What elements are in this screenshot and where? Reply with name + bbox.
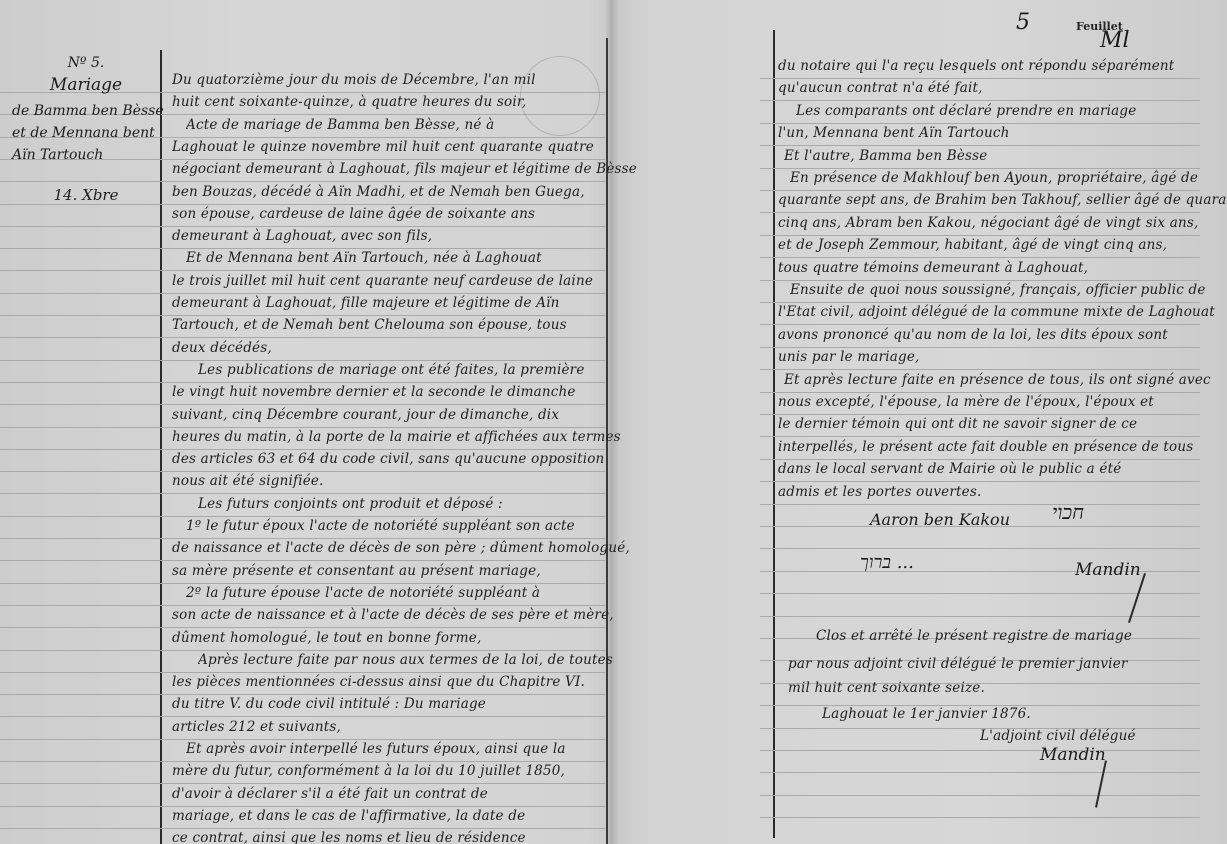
text-line: admis et les portes ouvertes. <box>778 484 981 500</box>
ruled-line <box>0 516 605 517</box>
text-line: dûment homologué, le tout en bonne forme… <box>172 630 481 646</box>
closing-line: Clos et arrêté le présent registre de ma… <box>816 628 1132 644</box>
ruled-line <box>0 694 605 695</box>
text-line: Et après lecture faite en présence de to… <box>784 372 1211 388</box>
ruled-line <box>0 270 605 271</box>
ruled-line <box>0 828 605 829</box>
text-line: ce contrat, ainsi que les noms et lieu d… <box>172 830 526 844</box>
closing-role: L'adjoint civil délégué <box>980 728 1136 744</box>
ruled-line <box>0 471 605 472</box>
ruled-line <box>760 280 1200 281</box>
text-line: Acte de mariage de Bamma ben Bèsse, né à <box>186 117 494 133</box>
text-line: unis par le mariage, <box>778 349 920 365</box>
text-line: 1º le futur époux l'acte de notoriété su… <box>186 518 575 534</box>
text-line: quarante sept ans, de Brahim ben Takhouf… <box>778 192 1227 208</box>
text-line: articles 212 et suivants, <box>172 719 341 735</box>
left-margin-rule <box>160 50 162 844</box>
sheet-initials: Ml <box>1100 28 1130 53</box>
text-line: qu'aucun contrat n'a été fait, <box>778 80 983 96</box>
ruled-line <box>760 235 1200 236</box>
text-line: négociant demeurant à Laghouat, fils maj… <box>172 161 637 177</box>
ruled-line <box>0 560 605 561</box>
ruled-line <box>0 226 605 227</box>
text-line: d'avoir à déclarer s'il a été fait un co… <box>172 786 488 802</box>
text-line: dans le local servant de Mairie où le pu… <box>778 461 1121 477</box>
text-line: son acte de naissance et à l'acte de déc… <box>172 607 614 623</box>
hebrew-signature-2: ברוך ... <box>860 552 914 573</box>
ruled-line <box>0 806 605 807</box>
text-line: Laghouat le quinze novembre mil huit cen… <box>172 139 594 155</box>
text-line: suivant, cinq Décembre courant, jour de … <box>172 407 559 423</box>
right-margin-rule <box>773 30 775 838</box>
ruled-line <box>760 459 1200 460</box>
text-line: les pièces mentionnées ci-dessus ainsi q… <box>172 674 585 690</box>
ruled-line <box>0 627 605 628</box>
faint-stamp <box>520 56 600 136</box>
text-line: huit cent soixante-quinze, à quatre heur… <box>172 94 527 110</box>
text-line: du titre V. du code civil intitulé : Du … <box>172 696 486 712</box>
ruled-line <box>0 783 605 784</box>
text-line: tous quatre témoins demeurant à Laghouat… <box>778 260 1088 276</box>
ruled-line <box>760 772 1200 773</box>
ruled-line <box>760 548 1200 549</box>
ruled-line <box>0 427 605 428</box>
text-line: nous ait été signifiée. <box>172 473 324 489</box>
ruled-line <box>0 337 605 338</box>
record-type: Mariage <box>12 74 160 96</box>
text-line: Les publications de mariage ont été fait… <box>198 362 585 378</box>
text-line: Du quatorzième jour du mois de Décembre,… <box>172 72 536 88</box>
closing-line: par nous adjoint civil délégué le premie… <box>788 656 1128 672</box>
text-line: Et après avoir interpellé les futurs épo… <box>186 741 566 757</box>
ruled-line <box>0 360 605 361</box>
text-line: demeurant à Laghouat, avec son fils, <box>172 228 432 244</box>
ruled-line <box>0 583 605 584</box>
bride-name: et de Mennana bent Aïn Tartouch <box>12 122 160 166</box>
register-spread: 5 Feuillet Ml Nº 5. Mariage de Bamma ben… <box>0 0 1227 844</box>
ruled-line <box>760 593 1200 594</box>
text-line: son épouse, cardeuse de laine âgée de so… <box>172 206 535 222</box>
margin-note: Nº 5. Mariage de Bamma ben Bèsse et de M… <box>12 52 160 206</box>
ruled-line <box>0 248 605 249</box>
record-number: Nº 5. <box>12 52 160 74</box>
text-line: nous excepté, l'épouse, la mère de l'épo… <box>778 394 1154 410</box>
closing-line: mil huit cent soixante seize. <box>788 680 985 696</box>
text-line: heures du matin, à la porte de la mairie… <box>172 429 621 445</box>
text-line: 2º la future épouse l'acte de notoriété … <box>186 585 540 601</box>
text-line: l'Etat civil, adjoint délégué de la comm… <box>778 304 1215 320</box>
sheet-number: 5 <box>1016 10 1030 35</box>
ruled-line <box>760 257 1200 258</box>
text-line: ben Bouzas, décédé à Aïn Madhi, et de Ne… <box>172 184 585 200</box>
text-line: Et l'autre, Bamma ben Bèsse <box>784 148 987 164</box>
text-line: et de Joseph Zemmour, habitant, âgé de v… <box>778 237 1167 253</box>
text-line: Les futurs conjoints ont produit et dépo… <box>198 496 503 512</box>
ruled-line <box>760 168 1200 169</box>
ruled-line <box>0 650 605 651</box>
closing-place-date: Laghouat le 1er janvier 1876. <box>822 706 1031 722</box>
ruled-line <box>0 739 605 740</box>
ruled-line <box>760 750 1200 751</box>
text-line: des articles 63 et 64 du code civil, san… <box>172 451 604 467</box>
ruled-line <box>0 404 605 405</box>
text-line: l'un, Mennana bent Aïn Tartouch <box>778 125 1010 141</box>
ruled-line <box>760 100 1200 101</box>
groom-name: de Bamma ben Bèsse <box>12 100 160 122</box>
ruled-line <box>760 324 1200 325</box>
ruled-line <box>760 78 1200 79</box>
text-line: demeurant à Laghouat, fille majeure et l… <box>172 295 560 311</box>
text-line: Tartouch, et de Nemah bent Chelouma son … <box>172 317 567 333</box>
ruled-line <box>0 493 605 494</box>
ruled-line <box>0 293 605 294</box>
text-line: du notaire qui l'a reçu lesquels ont rép… <box>778 58 1174 74</box>
hebrew-signature-1: חכוי <box>1052 500 1084 525</box>
witness-signature: Aaron ben Kakou <box>870 510 1010 529</box>
text-line: le vingt huit novembre dernier et la sec… <box>172 384 576 400</box>
ruled-line <box>760 123 1200 124</box>
ruled-line <box>760 481 1200 482</box>
ruled-line <box>0 315 605 316</box>
text-line: deux décédés, <box>172 340 272 356</box>
closing-signature: Mandin <box>1040 745 1106 765</box>
ruled-line <box>760 504 1200 505</box>
text-line: interpellés, le présent acte fait double… <box>778 439 1193 455</box>
ruled-line <box>760 302 1200 303</box>
ruled-line <box>0 761 605 762</box>
text-line: avons prononcé qu'au nom de la loi, les … <box>778 327 1168 343</box>
text-line: de naissance et l'acte de décès de son p… <box>172 540 630 556</box>
text-line: Les comparants ont déclaré prendre en ma… <box>796 103 1136 119</box>
text-line: le dernier témoin qui ont dit ne savoir … <box>778 416 1137 432</box>
ruled-line <box>760 347 1200 348</box>
ruled-line <box>0 605 605 606</box>
text-line: mariage, et dans le cas de l'affirmative… <box>172 808 525 824</box>
record-date: 14. Xbre <box>12 184 160 206</box>
ruled-line <box>760 436 1200 437</box>
ruled-line <box>760 817 1200 818</box>
text-line: Après lecture faite par nous aux termes … <box>198 652 613 668</box>
ruled-line <box>0 538 605 539</box>
text-line: mère du futur, conformément à la loi du … <box>172 763 565 779</box>
ruled-line <box>760 414 1200 415</box>
ruled-line <box>0 382 605 383</box>
text-line: cinq ans, Abram ben Kakou, négociant âgé… <box>778 215 1198 231</box>
text-line: sa mère présente et consentant au présen… <box>172 563 541 579</box>
ruled-line <box>760 392 1200 393</box>
ruled-line <box>760 145 1200 146</box>
text-line: En présence de Makhlouf ben Ayoun, propr… <box>790 170 1198 186</box>
ruled-line <box>760 190 1200 191</box>
ruled-line <box>0 672 605 673</box>
ruled-line <box>760 795 1200 796</box>
ruled-line <box>760 369 1200 370</box>
text-line: Ensuite de quoi nous soussigné, français… <box>790 282 1206 298</box>
ruled-line <box>0 716 605 717</box>
text-line: Et de Mennana bent Aïn Tartouch, née à L… <box>186 250 542 266</box>
ruled-line <box>760 212 1200 213</box>
ruled-line <box>760 616 1200 617</box>
ruled-line <box>0 449 605 450</box>
officer-signature: Mandin <box>1075 560 1141 580</box>
text-line: le trois juillet mil huit cent quarante … <box>172 273 593 289</box>
